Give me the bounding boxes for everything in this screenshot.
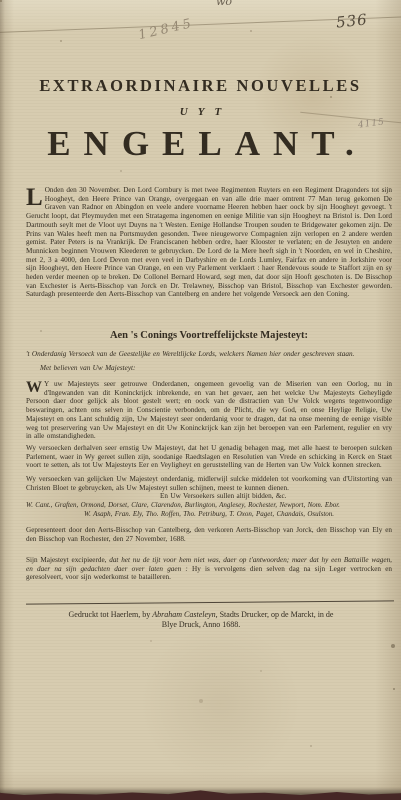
colophon-printer-name: Abraham Casteleyn <box>152 610 215 619</box>
handwritten-top-note: wo <box>216 0 232 8</box>
news-text: Onden den 30 November. Den Lord Cornbury… <box>26 186 392 298</box>
response-lead: Sijn Majesteyt excipieerde, <box>26 556 106 564</box>
news-paragraph: L Onden den 30 November. Den Lord Cornbu… <box>26 186 392 299</box>
colophon-pre: Gedruckt tot Haerlem, by <box>69 610 153 619</box>
masthead-country: ENGELANT. <box>0 124 401 164</box>
petition-dropcap: W <box>26 380 44 395</box>
news-dropcap: L <box>26 186 45 208</box>
handwritten-page-number: 536 <box>335 10 368 31</box>
petition-paragraph-1-text: Y uw Majesteyts seer getrouwe Onderdanen… <box>26 380 392 440</box>
petition-closing: En Uw Versoekers sullen altijt bidden, &… <box>160 492 380 501</box>
masthead-title: EXTRAORDINAIRE NOUVELLES <box>0 76 401 96</box>
paper-specks <box>0 0 2 2</box>
handwritten-inventory-number: 12845 <box>137 16 195 43</box>
petition-paragraph-1: W Y uw Majesteyts seer getrouwe Onderdan… <box>26 380 392 441</box>
kings-response-paragraph: Sijn Majesteyt excipieerde, dat het nu d… <box>26 556 392 582</box>
signatures-line-1: W. Cant., Graften, Ormond, Dorset, Clare… <box>26 501 392 510</box>
petition-preamble: 't Onderdanig Versoeck van de Geestelijk… <box>26 350 392 359</box>
masthead-uyt: UYT <box>0 106 401 118</box>
divider-rule <box>26 600 394 604</box>
petition-heading: Aen 's Conings Voortreffelijckste Majest… <box>26 330 392 341</box>
colophon: Gedruckt tot Haerlem, by Abraham Castele… <box>66 610 336 630</box>
presented-paragraph: Gepresenteert door den Aerts-Bisschop va… <box>26 526 392 543</box>
petition-paragraph-2: Wy versoecken derhalven seer ernstig Uw … <box>26 444 392 470</box>
scanned-pamphlet: wo 12845 536 4115 EXTRAORDINAIRE NOUVELL… <box>0 0 401 800</box>
signatures-line-2: W. Asaph, Fran. Ely, Tho. Roffen, Tho. P… <box>26 510 392 519</box>
petition-salutation: Met believen van Uw Majesteyt: <box>40 364 340 373</box>
pamphlet-page: wo 12845 536 4115 EXTRAORDINAIRE NOUVELL… <box>0 0 401 800</box>
petition-paragraph-3: Wy versoecken van gelijcken Uw Majesteyt… <box>26 475 392 492</box>
